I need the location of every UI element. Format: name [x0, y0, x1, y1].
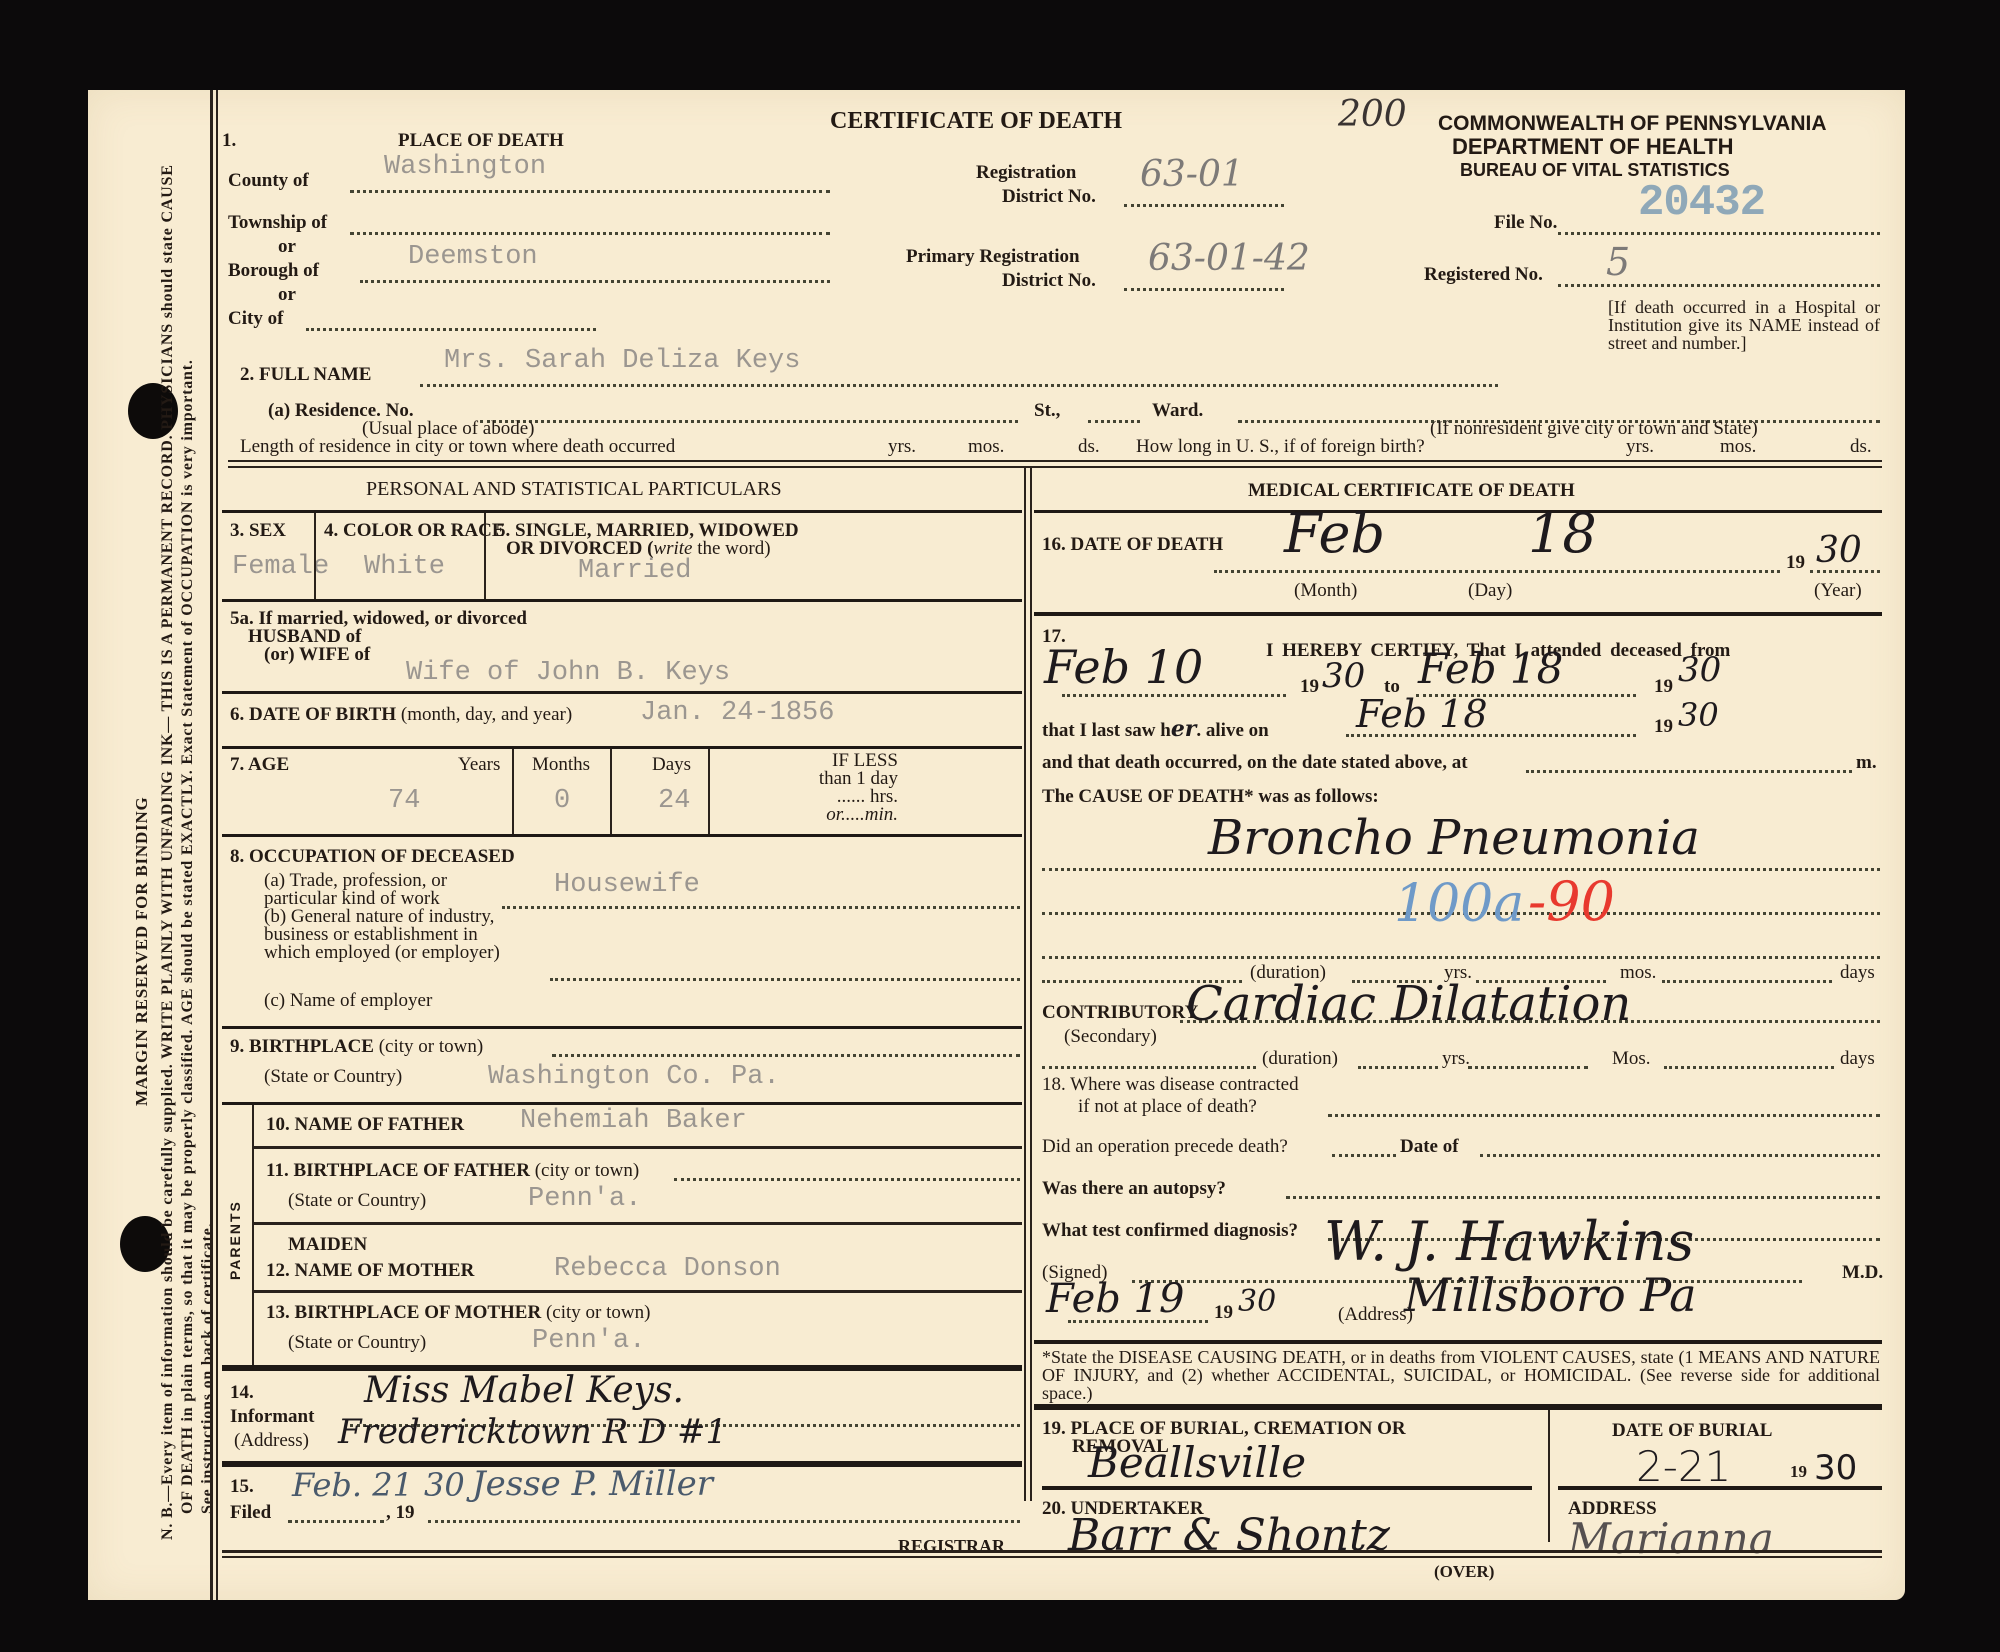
date-of-death-month[interactable]: Feb — [1284, 502, 1385, 565]
personal-particulars-heading: PERSONAL AND STATISTICAL PARTICULARS — [366, 478, 782, 501]
center-divider-1 — [1024, 466, 1026, 1501]
disease-contracted-label-2: if not at place of death? — [1078, 1096, 1257, 1118]
last-saw-label: that I last saw h — [1042, 720, 1171, 741]
ward-label: Ward. — [1152, 400, 1203, 422]
secondary-dots-1 — [1042, 1066, 1256, 1069]
marital-the-word: the word) — [692, 538, 770, 559]
date-of-death-19: 19 — [1786, 552, 1805, 574]
borough-label: Borough of — [228, 260, 319, 282]
medical-certificate-heading: MEDICAL CERTIFICATE OF DEATH — [1248, 480, 1575, 502]
month-caption: (Month) — [1294, 580, 1357, 602]
age-days-label: Days — [652, 754, 691, 776]
race-label: 4. COLOR OR RACE — [324, 520, 505, 542]
burial-rule-left — [1042, 1486, 1532, 1490]
burial-rule-right — [1558, 1486, 1882, 1490]
county-value[interactable]: Washington — [384, 152, 546, 182]
header-rule-1 — [228, 460, 1882, 462]
filed-label: Filed — [230, 1502, 271, 1524]
maiden-label: MAIDEN — [288, 1234, 367, 1256]
last-saw-year[interactable]: 30 — [1678, 696, 1719, 734]
attended-from-year[interactable]: 30 — [1322, 656, 1365, 696]
margin-instructions-line-2: OF DEATH in plain terms, so that it may … — [178, 220, 198, 1540]
foreign-mos-label: mos. — [1720, 436, 1756, 458]
race-value[interactable]: White — [364, 552, 445, 582]
file-number-stamp[interactable]: 20432 — [1638, 178, 1765, 228]
secondary-duration-label: (duration) — [1262, 1048, 1338, 1070]
operation-line — [1332, 1154, 1396, 1157]
autopsy-label: Was there an autopsy? — [1042, 1178, 1226, 1199]
foreign-yrs-label: yrs. — [1626, 436, 1654, 458]
length-of-residence-label: Length of residence in city or town wher… — [240, 436, 675, 458]
signed-date[interactable]: Feb 19 — [1046, 1276, 1184, 1322]
age-years-label: Years — [458, 754, 500, 776]
cause-line-1 — [1042, 868, 1880, 871]
certificate-title: CERTIFICATE OF DEATH — [830, 108, 1122, 135]
occupation-a-value[interactable]: Housewife — [554, 870, 700, 900]
signed-year[interactable]: 30 — [1238, 1284, 1276, 1319]
personal-rule-2 — [222, 599, 1022, 602]
mother-birthplace-hint: (city or town) — [546, 1302, 650, 1323]
operation-date-line — [1480, 1154, 1880, 1157]
nonresident-caption: (If nonresident give city or town and St… — [1430, 418, 1758, 440]
margin-rule-outer — [210, 90, 213, 1600]
margin-binding-text: MARGIN RESERVED FOR BINDING — [132, 796, 151, 1106]
attended-to-year[interactable]: 30 — [1678, 650, 1721, 690]
cause-of-death-value[interactable]: Broncho Pneumonia — [1208, 810, 1700, 866]
age-days-value[interactable]: 24 — [658, 786, 690, 816]
father-state-label: (State or Country) — [288, 1190, 426, 1212]
parents-rule-1 — [254, 1146, 1022, 1149]
occupation-b-label: (b) General nature of industry, business… — [264, 908, 500, 962]
medical-rule-3 — [1034, 1340, 1882, 1344]
burial-date-value[interactable]: 2-21 — [1636, 1442, 1731, 1491]
file-number-label: File No. — [1494, 212, 1557, 234]
filed-19-label: , 19 — [386, 1502, 415, 1524]
or-label-2: or — [278, 284, 296, 306]
age-months-value[interactable]: 0 — [554, 786, 570, 816]
secondary-dots-2 — [1358, 1066, 1438, 1069]
father-birthplace-value[interactable]: Penn'a. — [528, 1184, 641, 1214]
informant-address-label: (Address) — [234, 1430, 309, 1452]
death-time-line — [1526, 770, 1852, 773]
place-of-death-heading: PLACE OF DEATH — [398, 130, 564, 152]
margin-instructions: N. B.—Every item of information should b… — [158, 220, 218, 1540]
township-field-line — [350, 232, 830, 235]
city-label: City of — [228, 308, 283, 330]
street-label: St., — [1034, 400, 1060, 422]
personal-rule-4 — [222, 746, 1022, 749]
cause-days-label: days — [1840, 962, 1875, 984]
registration-district-line — [1124, 204, 1284, 207]
cause-of-death-label: The CAUSE OF DEATH* was as follows: — [1042, 786, 1379, 808]
filed-date-line — [288, 1520, 384, 1523]
margin-instructions-line-3: See instructions on back of certificate. — [198, 220, 218, 1540]
filed-year-line — [428, 1520, 1020, 1523]
mother-birthplace-value[interactable]: Penn'a. — [532, 1326, 645, 1356]
race-marital-divider — [484, 513, 486, 599]
cause-of-death-footnote: *State the DISEASE CAUSING DEATH, or in … — [1042, 1348, 1880, 1402]
employer-label: (c) Name of employer — [264, 990, 432, 1012]
marital-status-value[interactable]: Married — [578, 556, 691, 586]
residence-yrs-label: yrs. — [888, 436, 916, 458]
date-of-death-label: 16. DATE OF DEATH — [1042, 534, 1223, 556]
age-label: 7. AGE — [230, 754, 289, 776]
burial-place-value[interactable]: Beallsville — [1088, 1438, 1306, 1487]
informant-label: Informant — [230, 1406, 314, 1428]
spouse-value[interactable]: Wife of John B. Keys — [406, 658, 730, 688]
day-caption: (Day) — [1468, 580, 1512, 602]
registrar-signature[interactable]: Jesse P. Miller — [472, 1464, 713, 1504]
m-label: m. — [1856, 752, 1877, 774]
margin-binding-line: MARGIN RESERVED FOR BINDING — [132, 796, 151, 1106]
bottom-rule-1 — [222, 1550, 1882, 1553]
medical-rule-4 — [1034, 1404, 1882, 1410]
parents-divider — [252, 1105, 254, 1365]
contributory-label: CONTRIBUTORY — [1042, 1002, 1198, 1024]
sex-race-divider — [314, 513, 316, 599]
burial-divider — [1548, 1410, 1550, 1542]
operation-label: Did an operation precede death? — [1042, 1136, 1288, 1158]
personal-rule-1 — [222, 510, 1022, 513]
age-months-label: Months — [532, 754, 590, 776]
personal-rule-7 — [222, 1102, 1022, 1105]
attended-from-date[interactable]: Feb 10 — [1044, 640, 1203, 694]
parents-label: PARENTS — [226, 1200, 245, 1280]
less-than-day-box: IF LESS than 1 day ...... hrs. or.....mi… — [728, 752, 898, 824]
dob-hint: (month, day, and year) — [401, 704, 572, 725]
informant-value[interactable]: Miss Mabel Keys. — [364, 1370, 684, 1411]
agency-department: DEPARTMENT OF HEALTH — [1452, 134, 1734, 160]
date-of-death-day[interactable]: 18 — [1528, 502, 1597, 565]
occupation-b-line — [550, 978, 1020, 981]
attended-to-19: 19 — [1654, 676, 1673, 698]
mother-state-label: (State or Country) — [288, 1332, 426, 1354]
filed-year-value[interactable]: 30 — [424, 1466, 465, 1504]
secondary-days-label: days — [1840, 1048, 1875, 1070]
secondary-mos-label: Mos. — [1612, 1048, 1651, 1070]
test-confirmed-label: What test confirmed diagnosis? — [1042, 1220, 1298, 1241]
death-occurred-label: and that death occurred, on the date sta… — [1042, 752, 1468, 774]
duration-dots-4 — [1662, 980, 1832, 983]
medical-rule-1 — [1034, 510, 1882, 513]
year-caption: (Year) — [1814, 580, 1862, 602]
secondary-label: (Secondary) — [1064, 1026, 1157, 1048]
registered-number-label: Registered No. — [1424, 264, 1543, 286]
bottom-rule-2 — [222, 1556, 1882, 1558]
or-label-1: or — [278, 236, 296, 258]
alive-on-label: . alive on — [1196, 720, 1268, 741]
age-divider-1 — [512, 749, 514, 834]
last-saw-19: 19 — [1654, 716, 1673, 738]
date-of-death-line — [1214, 570, 1780, 573]
filed-date-value[interactable]: Feb. 21 — [292, 1466, 413, 1504]
classification-code-blue: 100a — [1394, 874, 1524, 934]
physician-signature[interactable]: W. J. Hawkins — [1324, 1210, 1694, 1273]
parents-rule-2 — [254, 1222, 1022, 1225]
last-saw-pronoun[interactable]: er — [1171, 716, 1197, 742]
father-name-label: 10. NAME OF FATHER — [266, 1114, 464, 1136]
death-certificate: MARGIN RESERVED FOR BINDING N. B.—Every … — [88, 90, 1905, 1600]
full-name-line — [420, 384, 1498, 387]
registration-district-label-1: Registration — [976, 162, 1076, 184]
margin-instructions-line-1: N. B.—Every item of information should b… — [158, 220, 178, 1540]
classification-code-red: -90 — [1528, 870, 1615, 933]
medical-rule-2 — [1034, 612, 1882, 616]
filed-number: 15. — [230, 1476, 254, 1498]
sex-label: 3. SEX — [230, 520, 286, 542]
foreign-ds-label: ds. — [1850, 436, 1872, 458]
county-field-line — [350, 190, 830, 193]
less-than-day-min: or.....min. — [728, 806, 898, 824]
registrar-label: REGISTRAR — [898, 1536, 1005, 1557]
mother-birthplace-label: 13. BIRTHPLACE OF MOTHER — [266, 1302, 541, 1323]
birthplace-label: 9. BIRTHPLACE — [230, 1036, 374, 1057]
residence-mos-label: mos. — [968, 436, 1004, 458]
full-name-label: 2. FULL NAME — [240, 364, 371, 386]
borough-value[interactable]: Deemston — [408, 242, 538, 272]
secondary-yrs-label: yrs. — [1442, 1048, 1470, 1070]
center-divider-2 — [1030, 466, 1032, 1501]
primary-registration-label-1: Primary Registration — [906, 246, 1080, 268]
mother-name-value[interactable]: Rebecca Donson — [554, 1254, 781, 1284]
registered-number-value[interactable]: 5 — [1606, 240, 1630, 284]
undertaker-value[interactable]: Barr & Shontz — [1068, 1510, 1390, 1561]
burial-date-label: DATE OF BURIAL — [1612, 1420, 1772, 1442]
residence-number-line — [480, 420, 1018, 423]
burial-19: 19 — [1790, 1462, 1807, 1482]
attended-from-19: 19 — [1300, 676, 1319, 698]
dob-label: 6. DATE OF BIRTH — [230, 704, 396, 725]
autopsy-line — [1286, 1196, 1880, 1199]
dob-value[interactable]: Jan. 24-1856 — [640, 698, 834, 728]
occupation-heading: 8. OCCUPATION OF DECEASED — [230, 846, 515, 868]
personal-rule-5 — [222, 834, 1022, 837]
county-label: County of — [228, 170, 309, 192]
signed-date-line — [1068, 1320, 1208, 1323]
spouse-label-3: (or) WIFE of — [264, 644, 370, 666]
age-divider-2 — [610, 749, 612, 834]
secondary-dots-4 — [1664, 1066, 1834, 1069]
registration-district-value[interactable]: 63-01 — [1140, 154, 1244, 195]
last-saw-date[interactable]: Feb 18 — [1356, 692, 1488, 736]
header-rule-2 — [228, 466, 1882, 468]
physician-address-label: (Address) — [1338, 1304, 1413, 1326]
birthplace-hint: (city or town) — [379, 1036, 483, 1057]
hospital-instruction-note: [If death occurred in a Hospital or Inst… — [1608, 298, 1880, 352]
primary-registration-line — [1124, 288, 1284, 291]
file-number-line — [1558, 232, 1880, 235]
borough-field-line — [360, 280, 830, 283]
residence-ds-label: ds. — [1078, 436, 1100, 458]
full-name-value[interactable]: Mrs. Sarah Deliza Keys — [444, 346, 800, 376]
primary-registration-value[interactable]: 63-01-42 — [1148, 238, 1310, 279]
age-divider-3 — [708, 749, 710, 834]
informant-address-value[interactable]: Fredericktown R D #1 — [338, 1412, 727, 1452]
md-label: M.D. — [1842, 1262, 1883, 1284]
father-birthplace-line — [674, 1178, 1020, 1181]
burial-year[interactable]: 30 — [1814, 1448, 1857, 1488]
operation-date-label: Date of — [1400, 1136, 1459, 1158]
age-years-value[interactable]: 74 — [388, 786, 420, 816]
father-birthplace-hint: (city or town) — [535, 1160, 639, 1181]
parents-rule-3 — [254, 1290, 1022, 1293]
township-label: Township of — [228, 212, 327, 234]
city-field-line — [306, 328, 596, 331]
street-line — [1088, 420, 1140, 423]
agency-commonwealth: COMMONWEALTH OF PENNSYLVANIA — [1438, 112, 1826, 136]
birthplace-city-line — [552, 1054, 1020, 1057]
primary-registration-label-2: District No. — [1002, 270, 1096, 292]
birthplace-state-label: (State or Country) — [264, 1066, 402, 1088]
signed-19: 19 — [1214, 1302, 1233, 1324]
secondary-dots-3 — [1468, 1066, 1588, 1069]
disease-contracted-line — [1328, 1114, 1880, 1117]
date-of-death-year[interactable]: 30 — [1816, 530, 1862, 571]
foreign-birth-label: How long in U. S., if of foreign birth? — [1136, 436, 1425, 458]
item-number-1: 1. — [222, 130, 236, 152]
physician-address-value[interactable]: Millsboro Pa — [1404, 1268, 1697, 1322]
over-label: (OVER) — [1434, 1562, 1494, 1582]
father-name-value[interactable]: Nehemiah Baker — [520, 1106, 747, 1136]
attended-from-line — [1062, 694, 1286, 697]
margin-rule-inner — [216, 90, 218, 1600]
occupation-a-label: (a) Trade, profession, or particular kin… — [264, 872, 447, 908]
contributory-value[interactable]: Cardiac Dilatation — [1186, 976, 1631, 1032]
registered-number-line — [1558, 284, 1880, 287]
personal-rule-3 — [222, 691, 1022, 694]
informant-number: 14. — [230, 1382, 254, 1404]
father-birthplace-label: 11. BIRTHPLACE OF FATHER — [266, 1160, 530, 1181]
corner-handwritten-number: 200 — [1338, 94, 1407, 135]
personal-rule-6 — [222, 1026, 1022, 1029]
disease-contracted-label-1: 18. Where was disease contracted — [1042, 1074, 1299, 1096]
occupation-a-line — [502, 906, 1020, 909]
attended-to-date[interactable]: Feb 18 — [1418, 644, 1563, 693]
registration-district-label-2: District No. — [1002, 186, 1096, 208]
mother-name-label: 12. NAME OF MOTHER — [266, 1260, 474, 1282]
cause-line-3 — [1042, 956, 1880, 959]
occupation-b-line-3: which employed (or employer) — [264, 944, 500, 962]
birthplace-value[interactable]: Washington Co. Pa. — [488, 1062, 780, 1092]
